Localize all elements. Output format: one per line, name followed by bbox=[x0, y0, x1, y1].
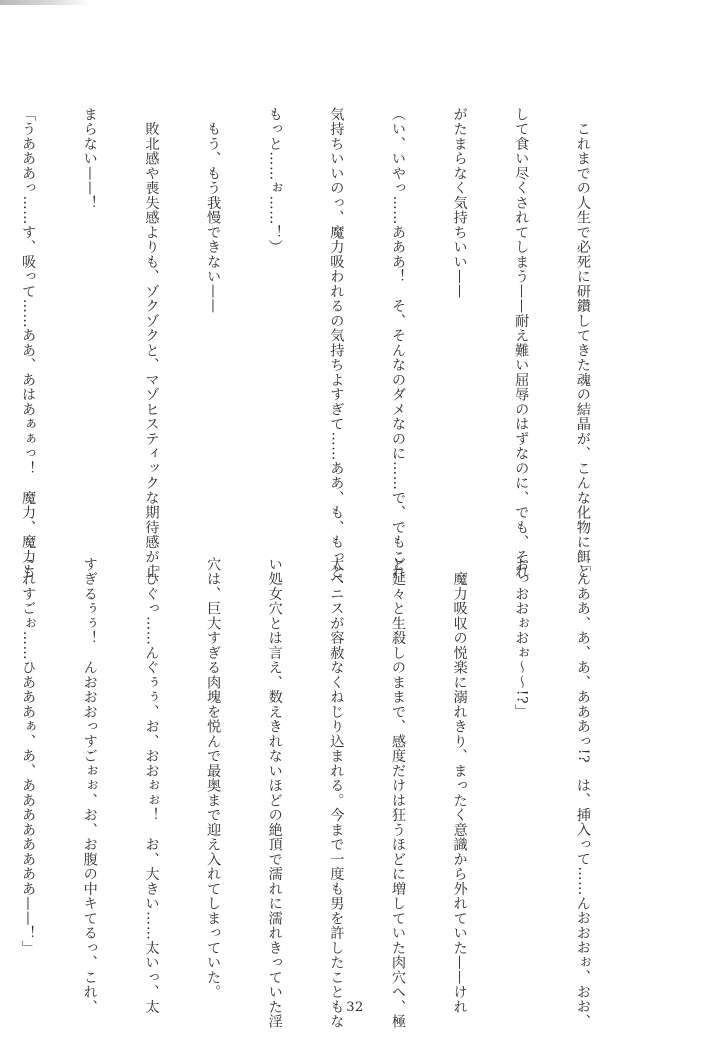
text-line: おっおおぉおぉ〜〜!?」 bbox=[511, 557, 532, 975]
body-text-lower: 「んああ、あ、あ、あああっ!? は、挿入って……んおおおぉ、おお、 おっおおぉお… bbox=[0, 557, 634, 975]
text-line: 敗北感や喪失感よりも、ゾクゾクと、マゾヒスティックな期待感が止 bbox=[141, 107, 162, 525]
text-line: もっと……ぉ……！） bbox=[264, 107, 285, 525]
text-line: 魔力吸収の悦楽に溺れきり、まったく意識から外れていた——けれ bbox=[449, 557, 470, 975]
text-line: 「ひぐっ……んぐぅぅ、お、おおぉぉ！ お、大きい……太いっ、太 bbox=[141, 557, 162, 975]
text-line: これまでの人生で必死に研鑽してきた魂の結晶が、こんな化物に餌と bbox=[572, 107, 593, 525]
text-line: 穴は、巨大すぎる肉塊を悦んで最奥まで迎え入れてしまっていた。 bbox=[203, 557, 224, 975]
text-line: （い、いやっ……あああ！ そ、そんなのダメなのに……で、でもこれ bbox=[387, 107, 408, 525]
text-line: まらない——！ bbox=[79, 107, 100, 525]
text-line: して食い尽くされてしまう——耐え難い屈辱のはずなのに、でも、それ bbox=[511, 107, 532, 525]
body-text-upper: これまでの人生で必死に研鑽してきた魂の結晶が、こんな化物に餌と して食い尽くされ… bbox=[0, 107, 634, 525]
scan-edge-artifact bbox=[0, 0, 90, 5]
text-line: もう、もう我慢できない—— bbox=[203, 107, 224, 525]
text-line: 気持ちいいのっ、魔力吸われるの気持ちよすぎて……ああ、も、もっと、 bbox=[326, 107, 347, 525]
text-line: がたまらなく気持ちいい—— bbox=[449, 107, 470, 525]
text-line: ど延々と生殺しのままで、感度だけは狂うほどに増していた肉穴へ、極 bbox=[387, 557, 408, 975]
page-number: 32 bbox=[0, 1000, 710, 1015]
text-line: 太ペニスが容赦なくねじり込まれる。今まで一度も男を許したこともな bbox=[326, 557, 347, 975]
text-line: い処女穴とは言え、数えきれないほどの絶頂で濡れに濡れきっていた淫 bbox=[264, 557, 285, 975]
text-line: これすごぉ……ひあああぁ、あ、ああああああああ——！」 bbox=[18, 557, 39, 975]
text-line: 「んああ、あ、あ、あああっ!? は、挿入って……んおおおぉ、おお、 bbox=[572, 557, 593, 975]
text-line: すぎるぅぅ！ んおおおっすごぉぉ、お、お腹の中キてるっ、これ、 bbox=[79, 557, 100, 975]
text-line: 「うあああっ……す、吸って……ああ、あはあぁぁっ！ 魔力、魔力も bbox=[18, 107, 39, 525]
